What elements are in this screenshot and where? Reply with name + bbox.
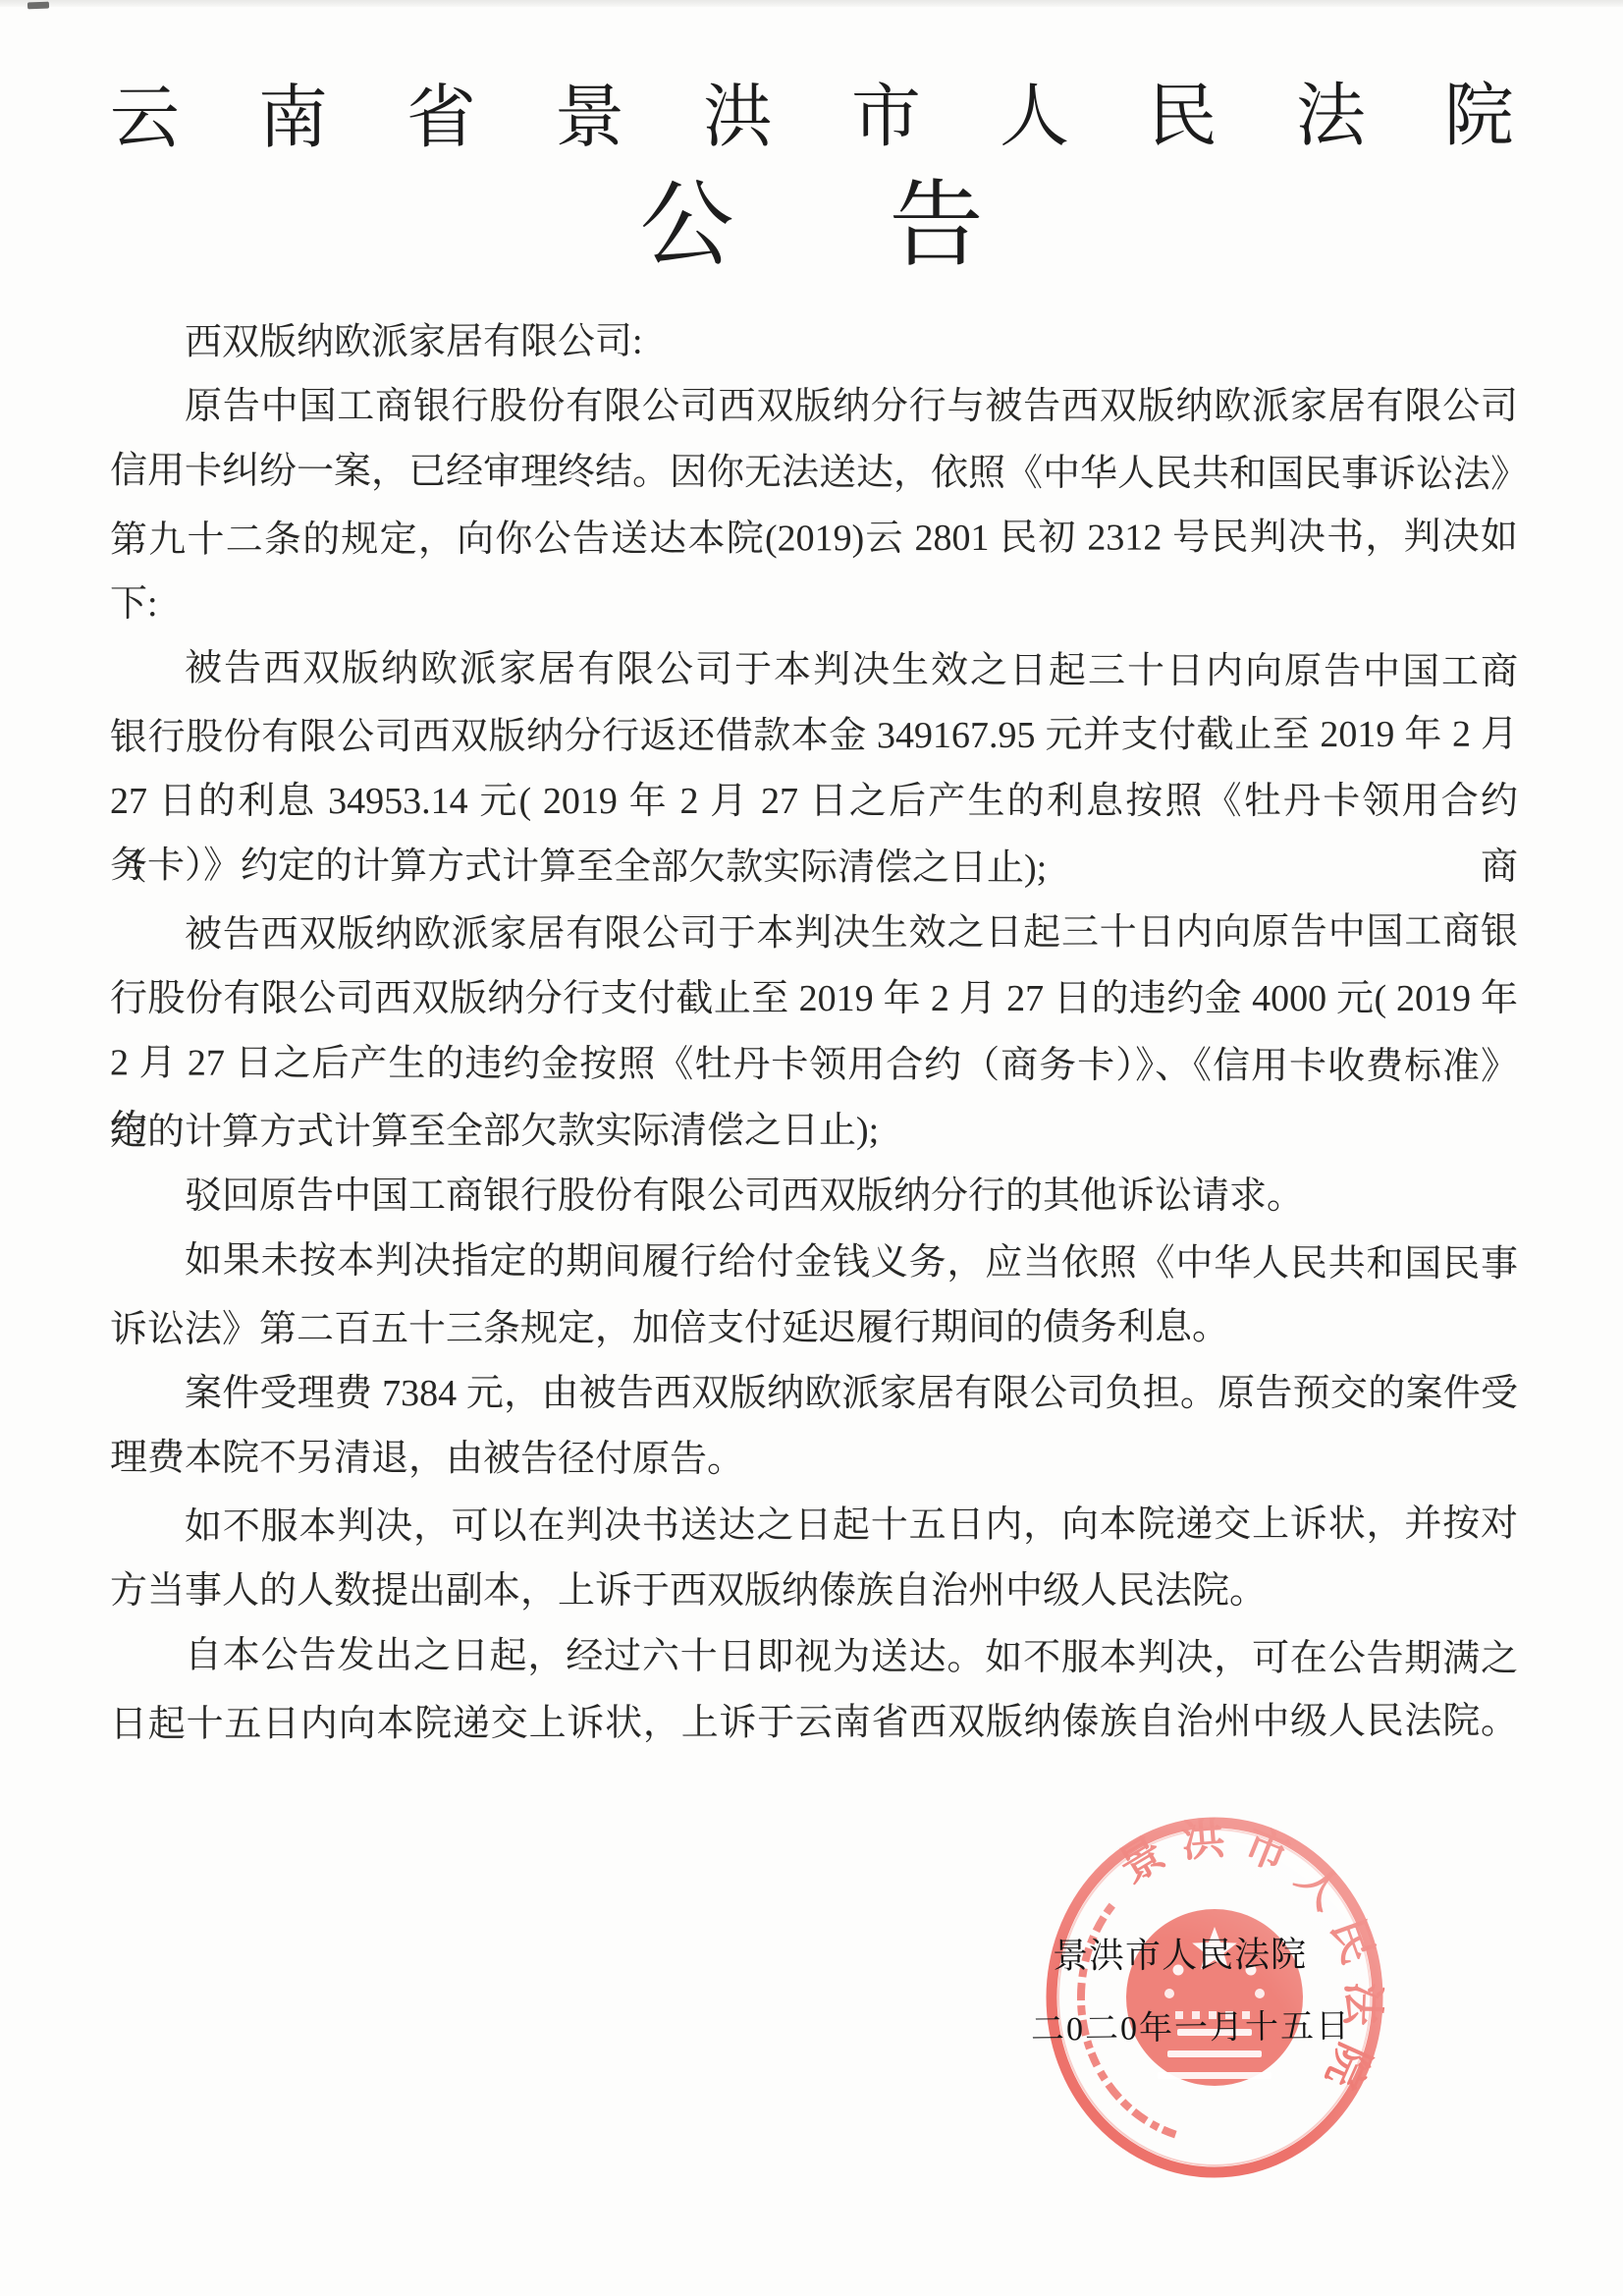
- document-line: 行股份有限公司西双版纳分行支付截止至 2019 年 2 月 27 日的违约金 4…: [110, 966, 1518, 1032]
- signature-court-name: 景洪市人民法院: [1053, 1933, 1307, 1978]
- document-line: 案件受理费 7384 元，由被告西双版纳欧派家居有限公司负担。原告预交的案件受: [110, 1361, 1518, 1427]
- document-line: 诉讼法》第二百五十三条规定，加倍支付延迟履行期间的债务利息。: [110, 1294, 1518, 1364]
- court-title-char: 洪: [703, 81, 773, 155]
- document-line: 如果未按本判决指定的期间履行给付金钱义务，应当依照《中华人民共和国民事: [110, 1228, 1518, 1297]
- court-title-char: 人: [1000, 81, 1069, 155]
- notice-title-char: 告: [890, 173, 984, 279]
- court-title-char: 景: [555, 81, 624, 155]
- document-line: 被告西双版纳欧派家居有限公司于本判决生效之日起三十日内向原告中国工商: [110, 635, 1518, 705]
- notice-title: 公 告: [0, 173, 1623, 279]
- court-title-char: 民: [1148, 80, 1217, 154]
- document-body: 西双版纳欧派家居有限公司:原告中国工商银行股份有限公司西双版纳分行与被告西双版纳…: [110, 308, 1518, 1756]
- document-line: 理费本院不另清退，由被告径付原告。: [110, 1425, 1518, 1495]
- document-line: 日起十五日内向本院递交上诉状，上诉于云南省西双版纳傣族自治州中级人民法院。: [110, 1689, 1518, 1759]
- court-title-char: 院: [1444, 80, 1514, 154]
- document-line: 自本公告发出之日起，经过六十日即视为送达。如不服本判决，可在公告期满之: [110, 1622, 1518, 1692]
- document-line: 第九十二条的规定，向你公告送达本院(2019)云 2801 民初 2312 号民…: [110, 505, 1518, 574]
- court-title-char: 市: [851, 81, 921, 155]
- court-title-char: 省: [406, 82, 476, 156]
- scan-corner-mark: [27, 2, 49, 10]
- document-line: 被告西双版纳欧派家居有限公司于本判决生效之日起三十日内向原告中国工商银: [110, 900, 1518, 969]
- court-seal: 景洪市人民法院: [1028, 1801, 1401, 2190]
- document-line: 定的计算方式计算至全部欠款实际清偿之日止);: [110, 1097, 1518, 1167]
- document-line: 西双版纳欧派家居有限公司:: [110, 307, 1518, 377]
- document-line: 下:: [110, 572, 1518, 637]
- document-line: 27 日的利息 34953.14 元( 2019 年 2 月 27 日之后产生的…: [110, 769, 1518, 835]
- document-line: 务卡）》约定的计算方式计算至全部欠款实际清偿之日止);: [110, 833, 1518, 902]
- document-line: 方当事人的人数提出副本，上诉于西双版纳傣族自治州中级人民法院。: [110, 1558, 1518, 1624]
- document-line: 2 月 27 日之后产生的违约金按照《牡丹卡领用合约（商务卡）》、《信用卡收费标…: [110, 1030, 1518, 1100]
- court-title-char: 法: [1296, 80, 1366, 154]
- document-line: 信用卡纠纷一案，已经审理终结。因你无法送达，依照《中华人民共和国民事诉讼法》: [110, 438, 1518, 508]
- document-line: 如不服本判决，可以在判决书送达之日起十五日内，向本院递交上诉状，并按对: [110, 1492, 1518, 1561]
- signature-date: 二0二0年一月十五日: [1031, 2005, 1351, 2051]
- document-line: 银行股份有限公司西双版纳分行返还借款本金 349167.95 元并支付截止至 2…: [110, 702, 1518, 772]
- court-title-char: 云: [110, 82, 180, 156]
- seal-artwork: 景洪市人民法院: [1046, 1815, 1386, 2178]
- court-title: 云南省景洪市人民法院: [110, 80, 1514, 156]
- document-line: 驳回原告中国工商银行股份有限公司西双版纳分行的其他诉讼请求。: [110, 1164, 1518, 1230]
- document-line: 原告中国工商银行股份有限公司西双版纳分行与被告西双版纳欧派家居有限公司: [110, 374, 1518, 440]
- scanner-edge-artifact: [0, 0, 1623, 7]
- court-title-char: 南: [258, 82, 328, 156]
- notice-title-char: 公: [640, 173, 734, 279]
